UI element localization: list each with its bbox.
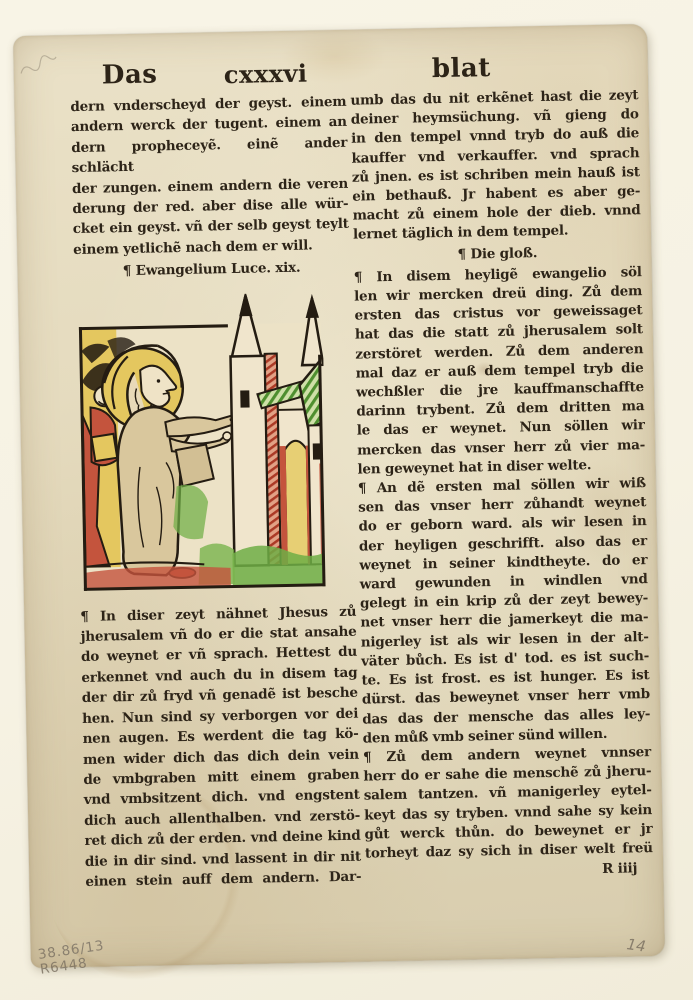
accession-number: 38.86/13 R6448 [37, 939, 107, 978]
pencil-scribble [16, 51, 62, 81]
folio-numeral: cxxxvi [224, 59, 308, 90]
text-line: einem yetlichẽ nach dem er will. [73, 235, 349, 261]
text-line: dern propheceyẽ. einẽ ander schlächt [71, 133, 348, 179]
gloss-heading: ¶ Die gloß. [353, 242, 641, 267]
gospel-passage: ¶ In diser zeyt nähnet Jhesus zůjherusal… [80, 601, 361, 892]
text-line: einen stein auff dem andern. Dar- [85, 867, 361, 893]
left-column: dern vnderscheyd der geyst. einemandern … [70, 92, 361, 892]
gospel-continuation: umb das du nit erkẽnet hast die zeytdein… [350, 86, 641, 245]
gloss-text: ¶ In disem heyligẽ ewangelio söllen wir … [354, 263, 653, 864]
pencil-page-number: 14 [626, 935, 647, 955]
scan-backdrop: Das cxxxvi blat dern vnderscheyd der gey… [0, 0, 693, 1000]
intro-paragraph: dern vnderscheyd der geyst. einemandern … [70, 92, 349, 261]
running-title-das: Das [102, 59, 158, 90]
quire-signature: R iiij [365, 859, 653, 884]
running-title-blat: blat [432, 53, 491, 84]
right-column: umb das du nit erkẽnet hast die zeytdein… [350, 86, 653, 884]
woodcut-illustration [76, 292, 328, 595]
gospel-heading: ¶ Ewangelium Luce. xix. [73, 257, 349, 283]
incunabula-leaf: Das cxxxvi blat dern vnderscheyd der gey… [13, 24, 665, 968]
